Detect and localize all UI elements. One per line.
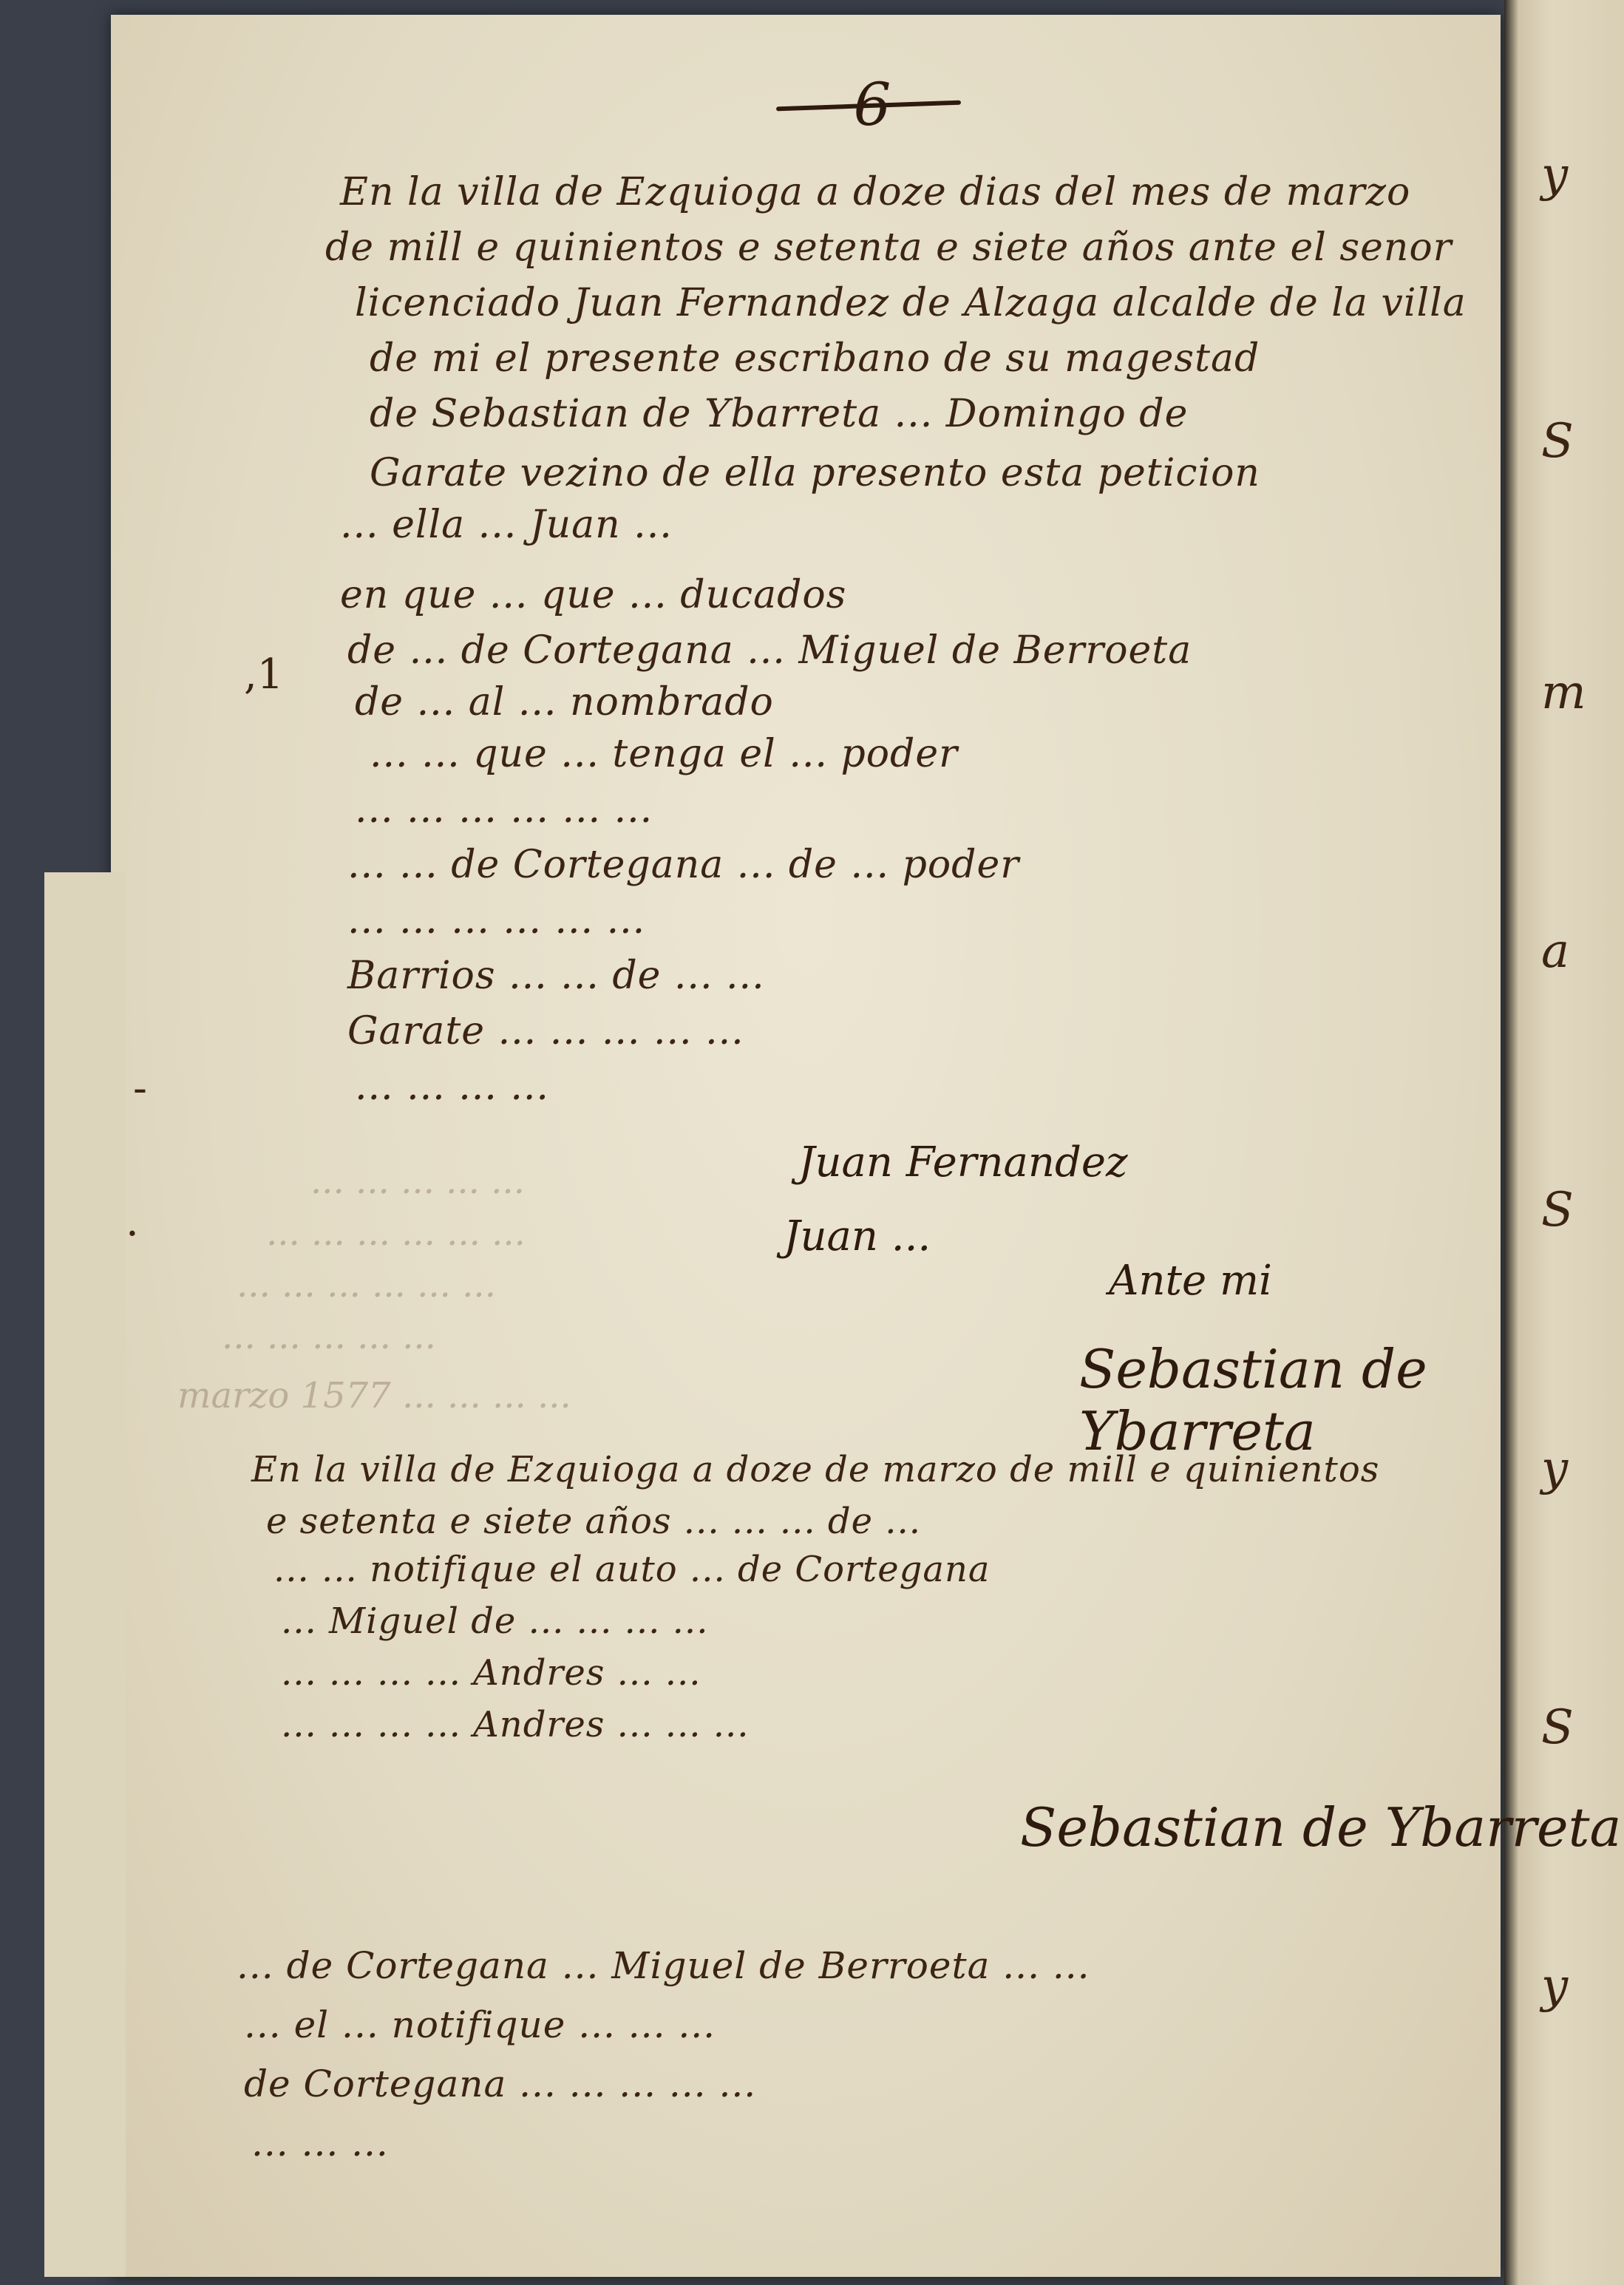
manuscript-line: de mi el presente escribano de su magest… bbox=[370, 336, 1260, 381]
manuscript-line: Barrios ... ... de ... ... bbox=[347, 954, 765, 998]
manuscript-line: ... ... que ... tenga el ... poder bbox=[370, 732, 958, 776]
manuscript-line: ... ... ... ... Andres ... ... bbox=[281, 1652, 701, 1694]
signature: Juan ... bbox=[784, 1212, 931, 1260]
manuscript-line: ... ... de Cortegana ... de ... poder bbox=[347, 843, 1019, 887]
manuscript-line: e setenta e siete años ... ... ... de ..… bbox=[266, 1501, 921, 1542]
signature: Ante mi bbox=[1109, 1257, 1272, 1305]
manuscript-line: ... ella ... Juan ... bbox=[340, 503, 673, 547]
bleed-through-line: ... ... ... ... ... bbox=[222, 1316, 436, 1357]
bleed-through-line: marzo 1577 ... ... ... ... bbox=[177, 1375, 571, 1416]
facing-page-fragment: y bbox=[1541, 1959, 1568, 2014]
margin-mark: - bbox=[133, 1065, 147, 1113]
manuscript-line: Garate vezino de ella presento esta peti… bbox=[370, 451, 1260, 495]
signature: Juan Fernandez bbox=[798, 1138, 1127, 1186]
margin-mark: . bbox=[126, 1198, 139, 1246]
manuscript-line: Garate ... ... ... ... ... bbox=[347, 1009, 744, 1053]
manuscript-line: En la villa de Ezquioga a doze de marzo … bbox=[251, 1449, 1379, 1490]
facing-page-fragment: S bbox=[1541, 1700, 1574, 1755]
manuscript-line: ... ... ... ... bbox=[355, 1065, 549, 1109]
bleed-through-line: ... ... ... ... ... bbox=[310, 1161, 525, 1202]
manuscript-line: ... ... ... ... ... ... bbox=[347, 898, 645, 943]
manuscript-line: ... de Cortegana ... Miguel de Berroeta … bbox=[237, 1944, 1090, 1987]
bleed-through-line: ... ... ... ... ... ... bbox=[237, 1264, 496, 1306]
manuscript-line: de ... de Cortegana ... Miguel de Berroe… bbox=[347, 628, 1192, 673]
facing-page-fragment: m bbox=[1541, 665, 1586, 720]
manuscript-line: ... el ... notifique ... ... ... bbox=[244, 2003, 716, 2046]
page-left-edge bbox=[44, 872, 126, 2277]
manuscript-line: en que ... que ... ducados bbox=[340, 573, 846, 617]
margin-mark: ,1 bbox=[244, 651, 283, 699]
manuscript-line: licenciado Juan Fernandez de Alzaga alca… bbox=[355, 281, 1467, 325]
facing-page-fragment: S bbox=[1541, 1183, 1574, 1237]
manuscript-line: de Cortegana ... ... ... ... ... bbox=[244, 2062, 756, 2105]
facing-page-fragment: a bbox=[1541, 924, 1569, 979]
signature: Sebastian de Ybarreta bbox=[1079, 1338, 1624, 1462]
facing-page bbox=[1504, 0, 1624, 2285]
facing-page-fragment: y bbox=[1541, 148, 1568, 203]
manuscript-line: de ... al ... nombrado bbox=[355, 680, 774, 724]
bleed-through-line: ... ... ... ... ... ... bbox=[266, 1212, 526, 1254]
manuscript-line: de Sebastian de Ybarreta ... Domingo de bbox=[370, 392, 1188, 436]
manuscript-line: ... Miguel de ... ... ... ... bbox=[281, 1600, 708, 1642]
manuscript-line: ... ... notifique el auto ... de Cortega… bbox=[274, 1549, 991, 1590]
manuscript-line: ... ... ... bbox=[251, 2122, 389, 2165]
facing-page-fragment: S bbox=[1541, 414, 1574, 469]
manuscript-line: En la villa de Ezquioga a doze dias del … bbox=[340, 170, 1410, 214]
signature: Sebastian de Ybarreta bbox=[1020, 1796, 1621, 1858]
manuscript-line: ... ... ... ... Andres ... ... ... bbox=[281, 1704, 750, 1745]
manuscript-line: ... ... ... ... ... ... bbox=[355, 787, 653, 832]
manuscript-line: de mill e quinientos e setenta e siete a… bbox=[325, 225, 1453, 270]
